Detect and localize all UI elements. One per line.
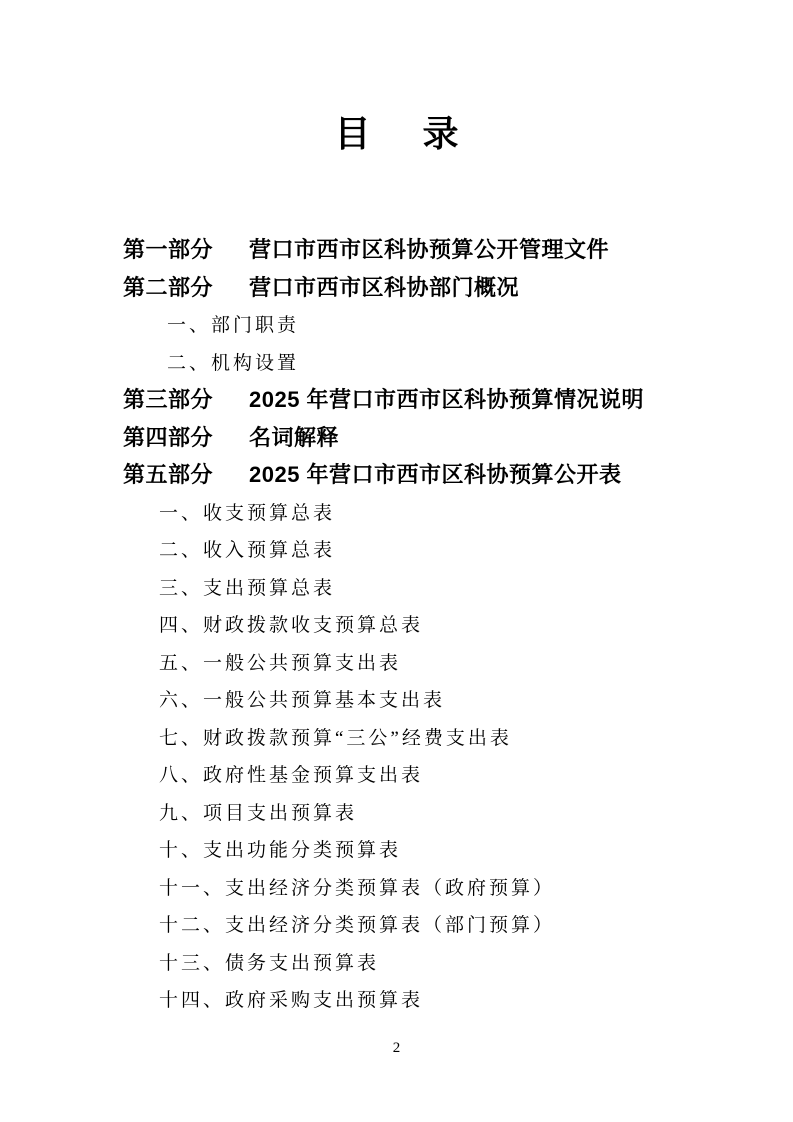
page-number: 2 <box>0 1039 793 1059</box>
toc-list-item: 四、财政拨款收支预算总表 <box>123 605 763 643</box>
part-title: 营口市西市区科协预算公开管理文件 <box>249 233 609 264</box>
list-item-text: 四、财政拨款收支预算总表 <box>159 610 423 637</box>
list-item-text: 八、政府性基金预算支出表 <box>159 760 423 787</box>
toc-list-item: 八、政府性基金预算支出表 <box>123 755 763 793</box>
part-label: 第四部分 <box>123 421 249 452</box>
table-of-contents: 第一部分 营口市西市区科协预算公开管理文件 第二部分 营口市西市区科协部门概况 … <box>123 230 763 1018</box>
toc-list-item: 一、收支预算总表 <box>123 493 763 531</box>
toc-list-item: 十一、支出经济分类预算表（政府预算） <box>123 868 763 906</box>
list-item-text: 十一、支出经济分类预算表（政府预算） <box>159 873 555 900</box>
page-title-char-right: 录 <box>423 116 459 152</box>
list-item-text: 十、支出功能分类预算表 <box>159 835 401 862</box>
toc-list-item: 七、财政拨款预算“三公”经费支出表 <box>123 718 763 756</box>
part-title: 名词解释 <box>249 421 339 452</box>
list-item-text: 十二、支出经济分类预算表（部门预算） <box>159 910 555 937</box>
toc-part-1: 第一部分 营口市西市区科协预算公开管理文件 <box>123 230 763 268</box>
document-page: 目 录 第一部分 营口市西市区科协预算公开管理文件 第二部分 营口市西市区科协部… <box>0 0 793 1122</box>
part-label: 第二部分 <box>123 271 249 302</box>
toc-part-4: 第四部分 名词解释 <box>123 418 763 456</box>
list-item-text: 一、收支预算总表 <box>159 498 335 525</box>
sub-entry-text: 二、机构设置 <box>167 348 299 375</box>
toc-sub-entry: 一、部门职责 <box>123 305 763 343</box>
list-item-text: 十三、债务支出预算表 <box>159 948 379 975</box>
toc-list-item: 十四、政府采购支出预算表 <box>123 980 763 1018</box>
toc-part-3: 第三部分 2025 年营口市西市区科协预算情况说明 <box>123 380 763 418</box>
toc-list-item: 十、支出功能分类预算表 <box>123 830 763 868</box>
toc-list-item: 二、收入预算总表 <box>123 530 763 568</box>
part-label: 第五部分 <box>123 458 249 489</box>
part-label: 第一部分 <box>123 233 249 264</box>
sub-entry-text: 一、部门职责 <box>167 310 299 337</box>
toc-list-item: 十三、债务支出预算表 <box>123 943 763 981</box>
list-item-text: 三、支出预算总表 <box>159 573 335 600</box>
list-item-text: 六、一般公共预算基本支出表 <box>159 685 445 712</box>
list-item-text: 七、财政拨款预算“三公”经费支出表 <box>159 723 512 750</box>
toc-part-5: 第五部分 2025 年营口市西市区科协预算公开表 <box>123 455 763 493</box>
list-item-text: 二、收入预算总表 <box>159 535 335 562</box>
toc-list-item: 十二、支出经济分类预算表（部门预算） <box>123 905 763 943</box>
toc-part-2: 第二部分 营口市西市区科协部门概况 <box>123 268 763 306</box>
toc-list-item: 五、一般公共预算支出表 <box>123 643 763 681</box>
part-title: 营口市西市区科协部门概况 <box>249 271 519 302</box>
page-title: 目 录 <box>0 116 793 152</box>
toc-list-item: 三、支出预算总表 <box>123 568 763 606</box>
list-item-text: 五、一般公共预算支出表 <box>159 648 401 675</box>
page-title-char-left: 目 <box>334 116 370 152</box>
part-title: 2025 年营口市西市区科协预算情况说明 <box>249 383 644 414</box>
part-label: 第三部分 <box>123 383 249 414</box>
list-item-text: 十四、政府采购支出预算表 <box>159 985 423 1012</box>
toc-sub-entry: 二、机构设置 <box>123 343 763 381</box>
list-item-text: 九、项目支出预算表 <box>159 798 357 825</box>
toc-list-item: 九、项目支出预算表 <box>123 793 763 831</box>
part-title: 2025 年营口市西市区科协预算公开表 <box>249 458 622 489</box>
toc-list-item: 六、一般公共预算基本支出表 <box>123 680 763 718</box>
